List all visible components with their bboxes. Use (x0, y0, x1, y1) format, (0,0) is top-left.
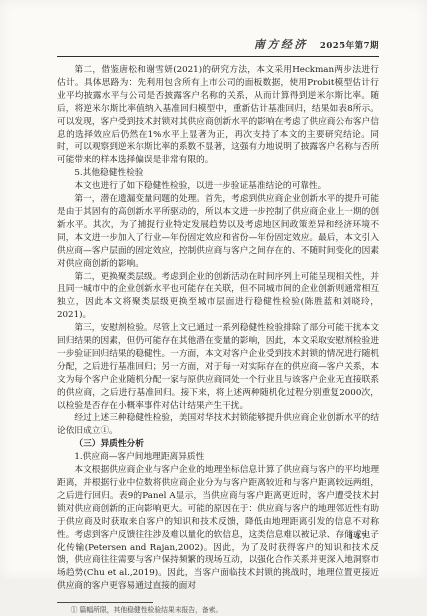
content: 第二，借鉴唐松和谢雪妍(2021)的研究方法，本文采用Heckman两步法进行估… (57, 64, 379, 593)
footnote-rule (57, 602, 153, 603)
footnote-area: ① 篇幅所限，其他稳健性检验结果未报告，备索。 (57, 602, 379, 616)
journal-name: 南方经济 (254, 36, 308, 52)
section-heading: （三）异质性分析 (57, 438, 379, 451)
paragraph: 经过上述三种稳健性检验，美国对华技术封锁能够提升供应商企业创新水平的结论依旧成立… (57, 412, 379, 438)
sub-heading: 1.供应商—客户间地理距离异质性 (57, 451, 379, 464)
paragraph: 本文也进行了如下稳健性检验，以进一步验证基准结论的可靠性。 (57, 180, 379, 193)
sub-heading: 5.其他稳健性检验 (57, 167, 379, 180)
page-number: · 147 · (341, 532, 375, 542)
paragraph: 本文根据供应商企业与客户企业的地理坐标信息计算了供应商与客户的平均地理距离，并根… (57, 464, 379, 593)
footnote-text: ① 篇幅所限，其他稳健性检验结果未报告，备索。 (57, 606, 379, 616)
header-rule (57, 56, 379, 57)
paragraph: 第一，潜在遗漏变量问题的处理。首先，考虑到供应商企业创新水平的提升可能是由于其固… (57, 193, 379, 270)
paragraph: 第三，安慰剂检验。尽管上文已通过一系列稳健性检验排除了部分可能干扰本文回归结果的… (57, 322, 379, 412)
issue-label: 2025年第7期 (320, 39, 379, 51)
paragraph: 第二，更换聚类层级。考虑到企业的创新活动在时间序列上可能呈现相关性，并且同一城市… (57, 271, 379, 323)
paragraph: 第二，借鉴唐松和谢雪妍(2021)的研究方法，本文采用Heckman两步法进行估… (57, 64, 379, 167)
page-header: 南方经济 2025年第7期 (57, 36, 379, 56)
paper-page: 南方经济 2025年第7期 第二，借鉴唐松和谢雪妍(2021)的研究方法，本文采… (0, 0, 427, 579)
